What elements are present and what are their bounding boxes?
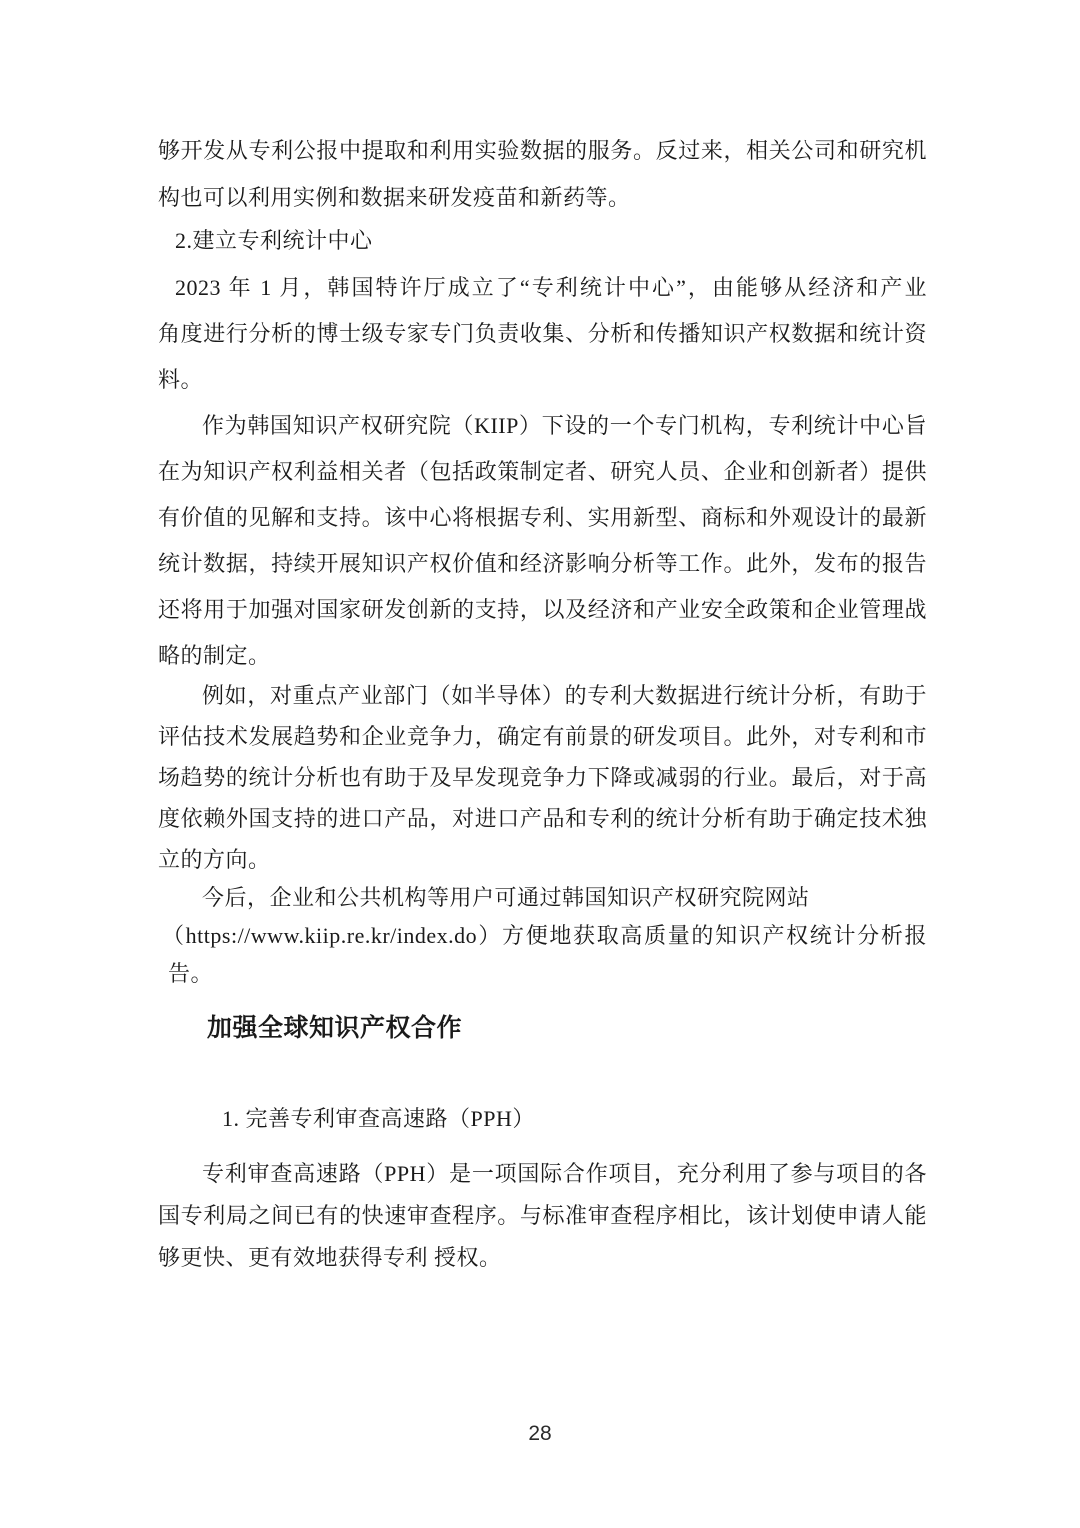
text-line: 略的制定。 — [158, 633, 927, 679]
section-heading-text: 加强全球知识产权合作 — [158, 1009, 927, 1049]
text-line: 够开发从专利公报中提取和利用实验数据的服务。反过来，相关公司和研究机 — [158, 127, 927, 174]
subheading-establish-statistics-center: 2.建立专利统计中心 — [158, 217, 927, 264]
para-patent-gazette-continuation: 够开发从专利公报中提取和利用实验数据的服务。反过来，相关公司和研究机 构也可以利… — [158, 127, 927, 221]
text-line: 立的方向。 — [158, 839, 927, 880]
text-line: 评估技术发展趋势和企业竞争力，确定有前景的研发项目。此外，对专利和市 — [158, 716, 927, 757]
document-page: 够开发从专利公报中提取和利用实验数据的服务。反过来，相关公司和研究机 构也可以利… — [0, 0, 1080, 1528]
para-pph-description: 专利审查高速路（PPH）是一项国际合作项目，充分利用了参与项目的各 国专利局之间… — [158, 1153, 927, 1279]
text-line: 料。 — [158, 357, 927, 403]
page-number: 28 — [0, 1422, 1080, 1446]
heading-strengthen-global-ip-cooperation: 加强全球知识产权合作 — [158, 1009, 927, 1049]
subheading-text: 2.建立专利统计中心 — [158, 217, 927, 264]
text-line: 在为知识产权利益相关者（包括政策制定者、研究人员、企业和创新者）提供 — [158, 449, 927, 495]
text-line: 专利审查高速路（PPH）是一项国际合作项目，充分利用了参与项目的各 — [158, 1153, 927, 1195]
text-line: 作为韩国知识产权研究院（KIIP）下设的一个专门机构，专利统计中心旨 — [158, 403, 927, 449]
text-line: 场趋势的统计分析也有助于及早发现竞争力下降或减弱的行业。最后，对于高 — [158, 757, 927, 798]
text-line: 例如，对重点产业部门（如半导体）的专利大数据进行统计分析，有助于 — [158, 675, 927, 716]
text-line: 2023 年 1 月，韩国特许厅成立了“专利统计中心”，由能够从经济和产业 — [158, 265, 927, 311]
text-line-with-url: （https://www.kiip.re.kr/index.do）方便地获取高质… — [158, 917, 927, 955]
text-line: 够更快、更有效地获得专利 授权。 — [158, 1237, 927, 1279]
text-line: 今后，企业和公共机构等用户可通过韩国知识产权研究院网站 — [158, 879, 927, 917]
subheading-text: 1. 完善专利审查高速路（PPH） — [158, 1095, 927, 1142]
subheading-improve-pph: 1. 完善专利审查高速路（PPH） — [158, 1095, 927, 1142]
para-kiip-center-mission: 作为韩国知识产权研究院（KIIP）下设的一个专门机构，专利统计中心旨 在为知识产… — [158, 403, 927, 679]
text-line: 有价值的见解和支持。该中心将根据专利、实用新型、商标和外观设计的最新 — [158, 495, 927, 541]
text-line: 度依赖外国支持的进口产品，对进口产品和专利的统计分析有助于确定技术独 — [158, 798, 927, 839]
para-2023-founding: 2023 年 1 月，韩国特许厅成立了“专利统计中心”，由能够从经济和产业 角度… — [158, 265, 927, 403]
text-line: 告。 — [158, 955, 927, 993]
para-example-semiconductor: 例如，对重点产业部门（如半导体）的专利大数据进行统计分析，有助于 评估技术发展趋… — [158, 675, 927, 880]
para-kiip-website: 今后，企业和公共机构等用户可通过韩国知识产权研究院网站 （https://www… — [158, 879, 927, 993]
text-line: 构也可以利用实例和数据来研发疫苗和新药等。 — [158, 174, 927, 221]
text-line: 统计数据，持续开展知识产权价值和经济影响分析等工作。此外，发布的报告 — [158, 541, 927, 587]
text-line: 还将用于加强对国家研发创新的支持，以及经济和产业安全政策和企业管理战 — [158, 587, 927, 633]
text-line: 国专利局之间已有的快速审查程序。与标准审查程序相比，该计划使申请人能 — [158, 1195, 927, 1237]
text-line: 角度进行分析的博士级专家专门负责收集、分析和传播知识产权数据和统计资 — [158, 311, 927, 357]
